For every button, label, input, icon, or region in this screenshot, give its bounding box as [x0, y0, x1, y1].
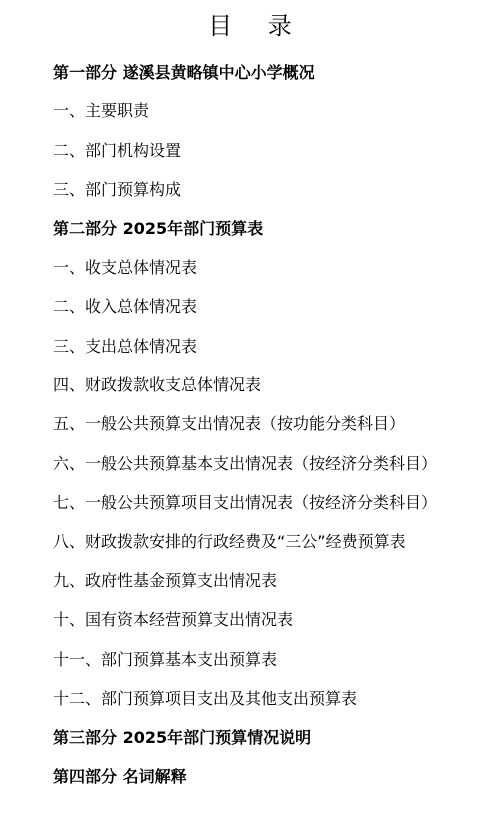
page-title: 目 录 — [0, 6, 500, 41]
toc-item[interactable]: 九、政府性基金预算支出情况表 — [53, 571, 277, 591]
toc-part-3[interactable]: 第三部分 2025年部门预算情况说明 — [53, 728, 311, 748]
toc-part-4[interactable]: 第四部分 名词解释 — [53, 767, 187, 787]
toc-item[interactable]: 八、财政拨款安排的行政经费及“三公”经费预算表 — [53, 532, 406, 552]
toc-item[interactable]: 三、支出总体情况表 — [53, 337, 197, 357]
toc-item[interactable]: 十、国有资本经营预算支出情况表 — [53, 610, 293, 630]
toc-item[interactable]: 二、部门机构设置 — [53, 141, 181, 161]
toc-item[interactable]: 七、一般公共预算项目支出情况表（按经济分类科目） — [53, 493, 437, 513]
toc-item[interactable]: 四、财政拨款收支总体情况表 — [53, 375, 261, 395]
toc-item[interactable]: 二、收入总体情况表 — [53, 297, 197, 317]
toc-item[interactable]: 五、一般公共预算支出情况表（按功能分类科目） — [53, 414, 405, 434]
toc-item[interactable]: 一、收支总体情况表 — [53, 258, 197, 278]
toc-item[interactable]: 十二、部门预算项目支出及其他支出预算表 — [53, 689, 357, 709]
toc-part-2[interactable]: 第二部分 2025年部门预算表 — [53, 219, 263, 239]
toc-item[interactable]: 六、一般公共预算基本支出情况表（按经济分类科目） — [53, 454, 437, 474]
toc-item[interactable]: 一、主要职责 — [53, 101, 149, 121]
toc-item[interactable]: 十一、部门预算基本支出预算表 — [53, 650, 277, 670]
toc-part-1[interactable]: 第一部分 遂溪县黄略镇中心小学概况 — [53, 63, 315, 83]
toc-item[interactable]: 三、部门预算构成 — [53, 180, 181, 200]
